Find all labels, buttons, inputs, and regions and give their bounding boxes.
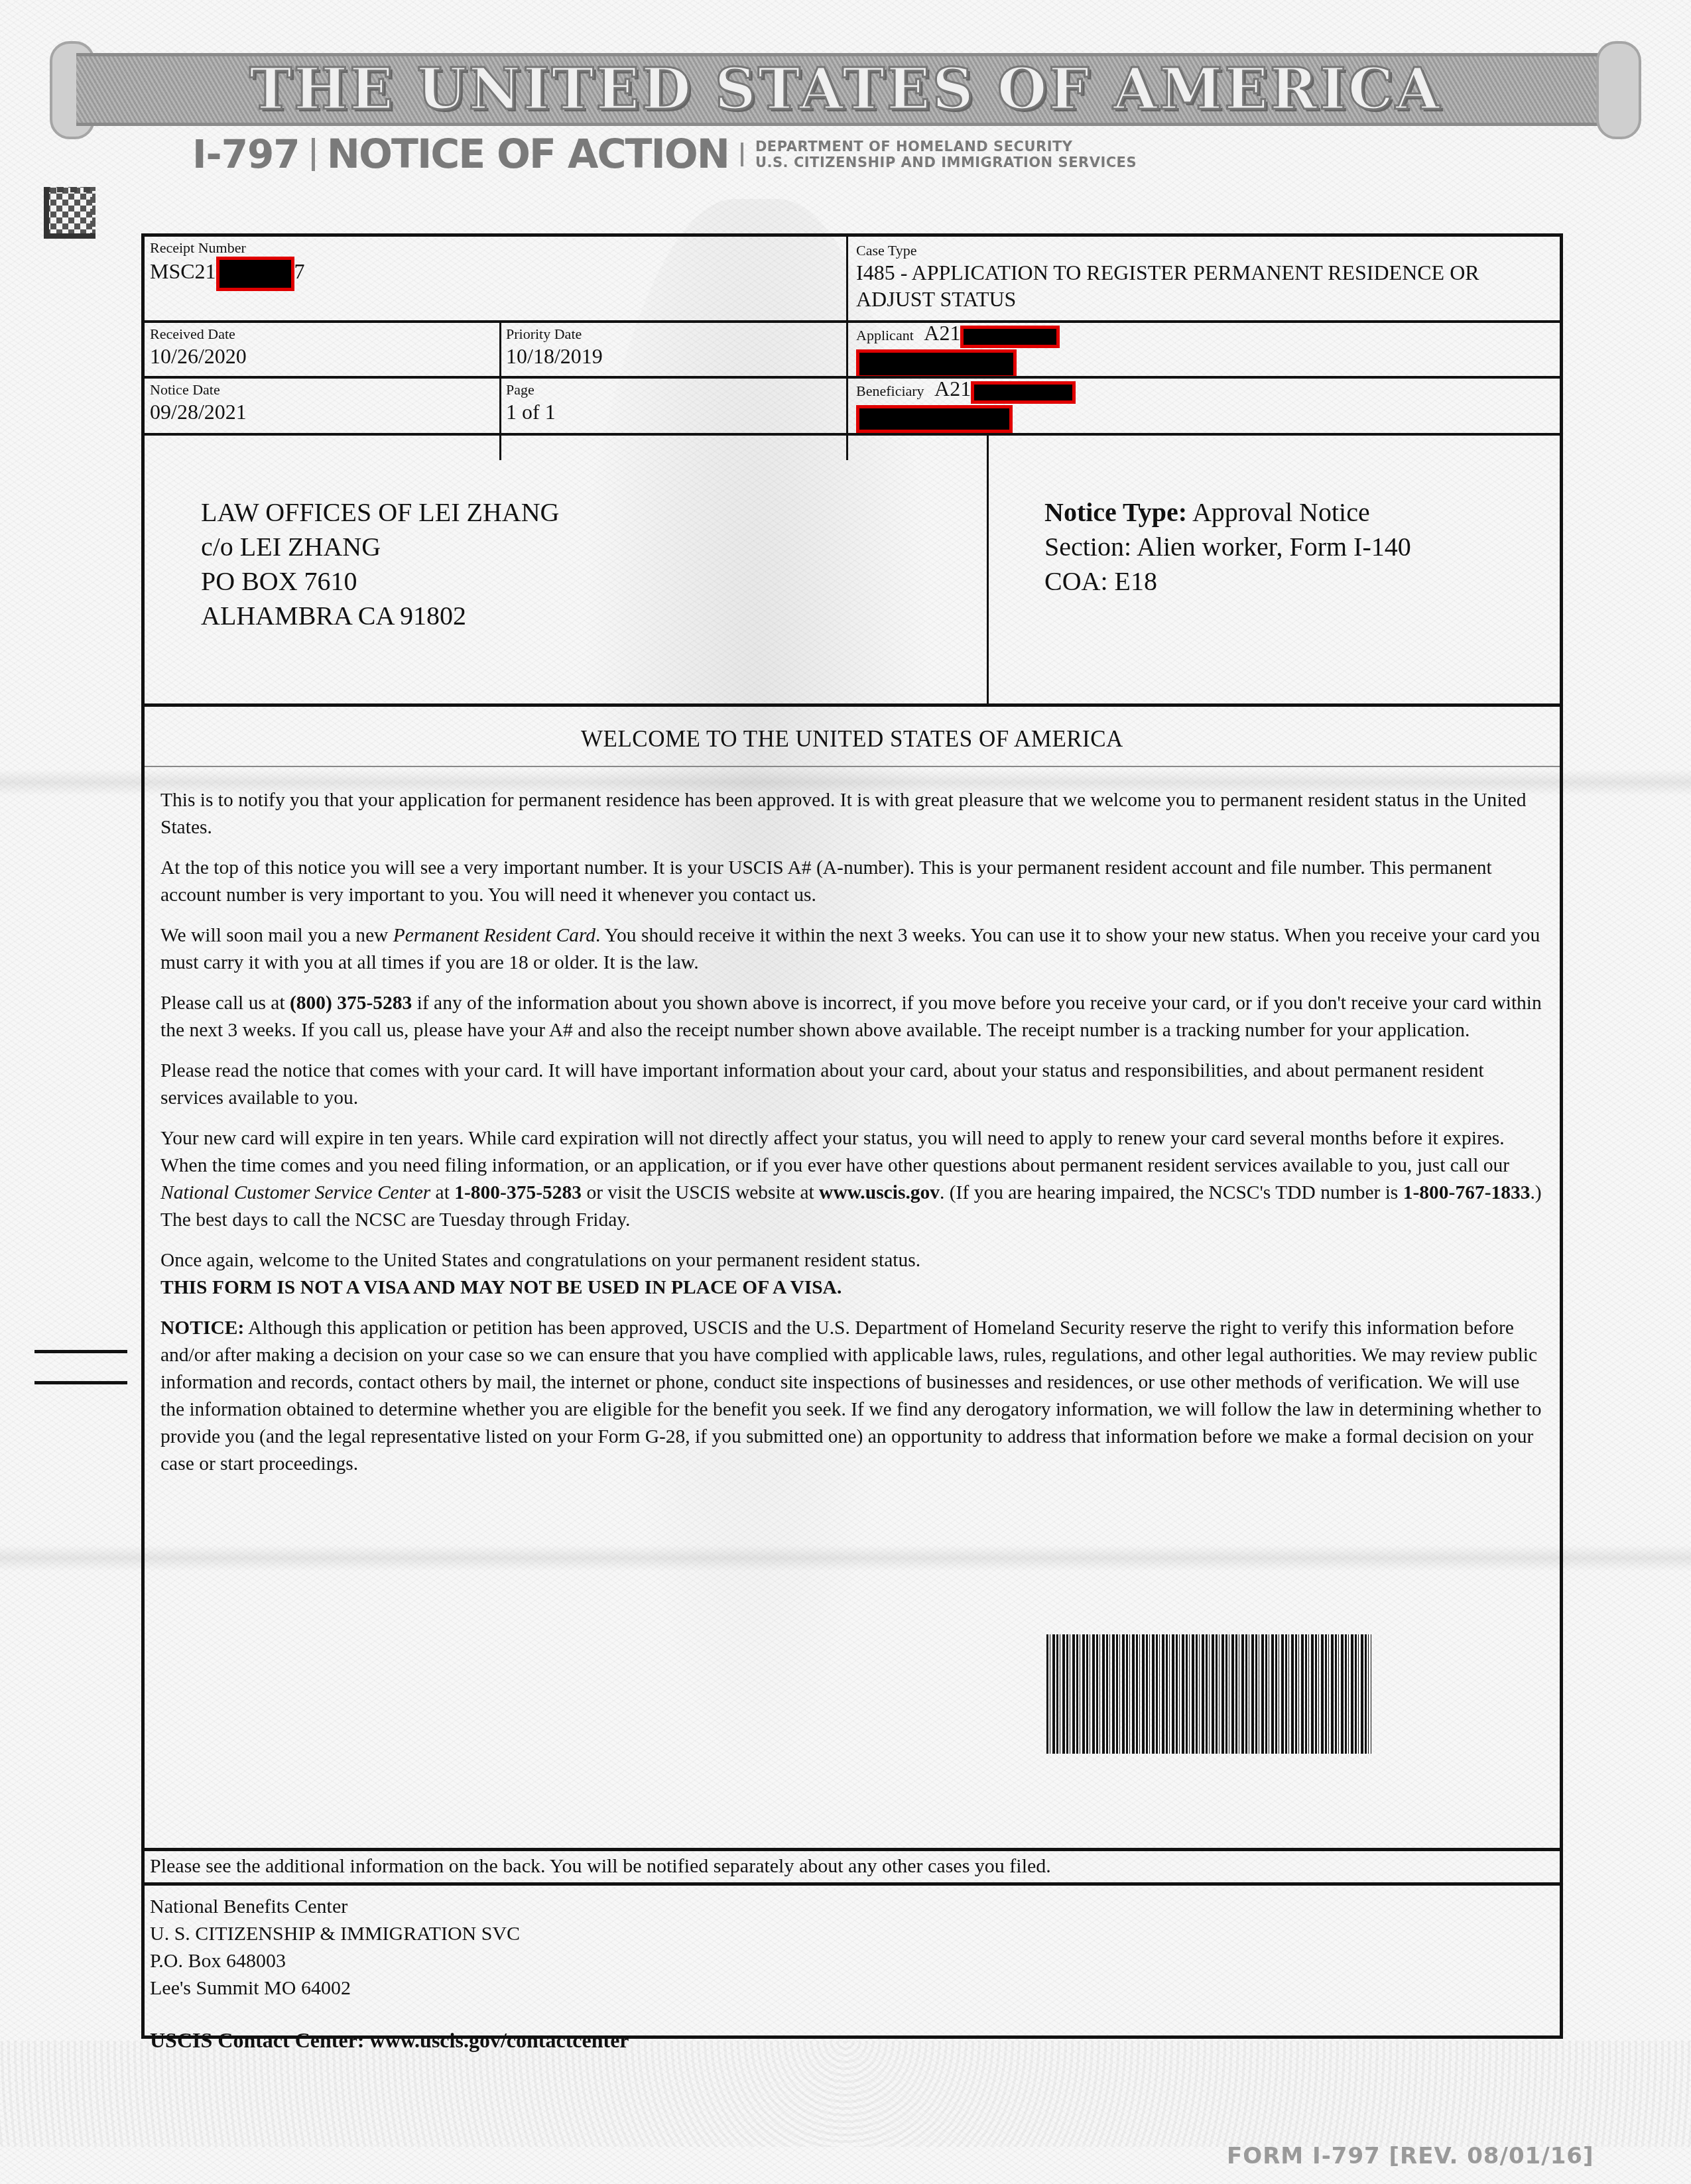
- phone-number: 1-800-375-5283: [454, 1182, 582, 1203]
- notice-type-label: Notice Type:: [1044, 497, 1187, 527]
- redaction-box: [856, 349, 1017, 379]
- contact-center: USCIS Contact Center: www.uscis.gov/cont…: [150, 2027, 879, 2054]
- phone-number: (800) 375-5283: [290, 993, 412, 1014]
- form-title: NOTICE OF ACTION: [327, 131, 729, 178]
- notice-label: NOTICE:: [160, 1317, 244, 1339]
- applicant-label: Applicant: [856, 327, 914, 343]
- paragraph-notice: NOTICE: Although this application or pet…: [160, 1315, 1546, 1478]
- text: Please call us at: [160, 993, 290, 1014]
- office-line1: National Benefits Center: [150, 1893, 879, 1920]
- banner-title: THE UNITED STATES OF AMERICA: [50, 56, 1641, 123]
- paragraph-a-number: At the top of this notice you will see a…: [160, 855, 1546, 909]
- uscis-website-link[interactable]: www.uscis.gov: [819, 1182, 940, 1203]
- department-name: DEPARTMENT OF HOMELAND SECURITY U.S. CIT…: [755, 139, 1137, 170]
- recipient-address: LAW OFFICES OF LEI ZHANG c/o LEI ZHANG P…: [201, 495, 930, 633]
- header-banner: THE UNITED STATES OF AMERICA: [50, 41, 1641, 127]
- recipient-line1: LAW OFFICES OF LEI ZHANG: [201, 495, 930, 530]
- beneficiary-a-number-prefix: A21: [934, 377, 971, 400]
- applicant-name: [856, 349, 1546, 379]
- heading-divider: [145, 766, 1560, 767]
- page-value: 1 of 1: [506, 398, 838, 425]
- notice-form: Receipt Number MSC217 Case Type I485 - A…: [141, 233, 1563, 2039]
- column-divider: [499, 320, 501, 460]
- text: Your new card will expire in ten years. …: [160, 1128, 1509, 1176]
- received-date-cell: Received Date 10/26/2020: [150, 326, 495, 369]
- applicant-cell: Applicant A21: [856, 324, 1546, 379]
- text: . (If you are hearing impaired, the NCSC…: [940, 1182, 1403, 1203]
- office-line3: P.O. Box 648003: [150, 1947, 879, 1974]
- contact-center-link[interactable]: www.uscis.gov/contactcenter: [370, 2028, 629, 2052]
- section-divider: [145, 1848, 1560, 1851]
- page-cell: Page 1 of 1: [506, 381, 838, 425]
- applicant-a-number-prefix: A21: [924, 321, 960, 345]
- case-type-label: Case Type: [856, 242, 1554, 259]
- divider: [312, 138, 315, 171]
- contact-center-label: USCIS Contact Center:: [150, 2028, 365, 2052]
- receipt-number-prefix: MSC21: [150, 259, 216, 283]
- office-line4: Lee's Summit MO 64002: [150, 1974, 879, 2002]
- text: Once again, welcome to the United States…: [160, 1250, 920, 1271]
- receipt-number-value: MSC217: [150, 257, 846, 291]
- notice-body: This is to notify you that your applicat…: [160, 787, 1546, 1491]
- row-divider: [145, 433, 1560, 436]
- recipient-line4: ALHAMBRA CA 91802: [201, 599, 930, 633]
- visa-disclaimer: THIS FORM IS NOT A VISA AND MAY NOT BE U…: [160, 1277, 842, 1298]
- received-date-value: 10/26/2020: [150, 343, 495, 369]
- row-divider: [145, 376, 1560, 379]
- form-number: I-797: [192, 132, 300, 177]
- receipt-number-label: Receipt Number: [150, 239, 846, 257]
- section-divider: [145, 1882, 1560, 1886]
- barcode-icon: [1046, 1634, 1371, 1754]
- paragraph-expiry: Your new card will expire in ten years. …: [160, 1125, 1546, 1234]
- row-divider: [145, 320, 1560, 323]
- text: We will soon mail you a new: [160, 925, 393, 946]
- redaction-box: [960, 326, 1060, 348]
- beneficiary-field: Beneficiary A21: [856, 380, 1546, 404]
- welcome-heading: WELCOME TO THE UNITED STATES OF AMERICA: [145, 726, 1560, 753]
- section-divider: [145, 703, 1560, 707]
- office-line2: U. S. CITIZENSHIP & IMMIGRATION SVC: [150, 1920, 879, 1947]
- notice-type-value: Approval Notice: [1192, 497, 1370, 527]
- recipient-line3: PO BOX 7610: [201, 564, 930, 599]
- notice-date-value: 09/28/2021: [150, 398, 495, 425]
- beneficiary-name: [856, 405, 1546, 433]
- redaction-box: [856, 405, 1013, 433]
- notice-info: Notice Type: Approval Notice Section: Al…: [1044, 495, 1548, 599]
- paragraph-closing: Once again, welcome to the United States…: [160, 1247, 1546, 1302]
- applicant-field: Applicant A21: [856, 324, 1546, 348]
- paragraph-contact: Please call us at (800) 375-5283 if any …: [160, 990, 1546, 1044]
- divider: [741, 143, 743, 166]
- text: at: [430, 1182, 454, 1203]
- received-date-label: Received Date: [150, 326, 495, 343]
- priority-date-value: 10/18/2019: [506, 343, 838, 369]
- additional-info: Please see the additional information on…: [150, 1853, 1542, 1880]
- notice-date-cell: Notice Date 09/28/2021: [150, 381, 495, 425]
- fold-mark: [34, 1381, 127, 1384]
- notice-date-label: Notice Date: [150, 381, 495, 398]
- receipt-number-suffix: 7: [294, 259, 305, 283]
- department-line2: U.S. CITIZENSHIP AND IMMIGRATION SERVICE…: [755, 154, 1137, 170]
- notice-section: Section: Alien worker, Form I-140: [1044, 530, 1548, 564]
- redaction-box: [216, 257, 294, 291]
- card-name: Permanent Resident Card: [393, 925, 595, 946]
- text: or visit the USCIS website at: [582, 1182, 819, 1203]
- paragraph-card: We will soon mail you a new Permanent Re…: [160, 922, 1546, 977]
- form-revision: FORM I-797 [REV. 08/01/16]: [1227, 2143, 1594, 2169]
- fold-mark: [34, 1350, 127, 1353]
- column-divider: [987, 434, 989, 703]
- department-line1: DEPARTMENT OF HOMELAND SECURITY: [755, 139, 1073, 154]
- receipt-number-cell: Receipt Number MSC217: [150, 239, 846, 322]
- priority-date-cell: Priority Date 10/18/2019: [506, 326, 838, 369]
- page-label: Page: [506, 381, 838, 398]
- ncsc-name: National Customer Service Center: [160, 1182, 430, 1203]
- paragraph-read-notice: Please read the notice that comes with y…: [160, 1058, 1546, 1112]
- redaction-box: [971, 381, 1076, 404]
- priority-date-label: Priority Date: [506, 326, 838, 343]
- case-type-value: I485 - APPLICATION TO REGISTER PERMANENT…: [856, 259, 1519, 312]
- recipient-line2: c/o LEI ZHANG: [201, 530, 930, 564]
- notice-coa: COA: E18: [1044, 564, 1548, 599]
- datamatrix-code-icon: [44, 187, 95, 239]
- beneficiary-label: Beneficiary: [856, 383, 924, 399]
- beneficiary-cell: Beneficiary A21: [856, 380, 1546, 433]
- form-title-line: I-797 NOTICE OF ACTION DEPARTMENT OF HOM…: [192, 131, 1137, 178]
- text: Although this application or petition ha…: [160, 1317, 1541, 1475]
- office-address: National Benefits Center U. S. CITIZENSH…: [150, 1893, 879, 2054]
- paragraph-approval: This is to notify you that your applicat…: [160, 787, 1546, 841]
- bottom-guilloche-border: [0, 2041, 1691, 2147]
- case-type-cell: Case Type I485 - APPLICATION TO REGISTER…: [851, 242, 1554, 325]
- notice-type: Notice Type: Approval Notice: [1044, 495, 1548, 530]
- column-divider: [846, 237, 848, 460]
- tdd-number: 1-800-767-1833: [1403, 1182, 1531, 1203]
